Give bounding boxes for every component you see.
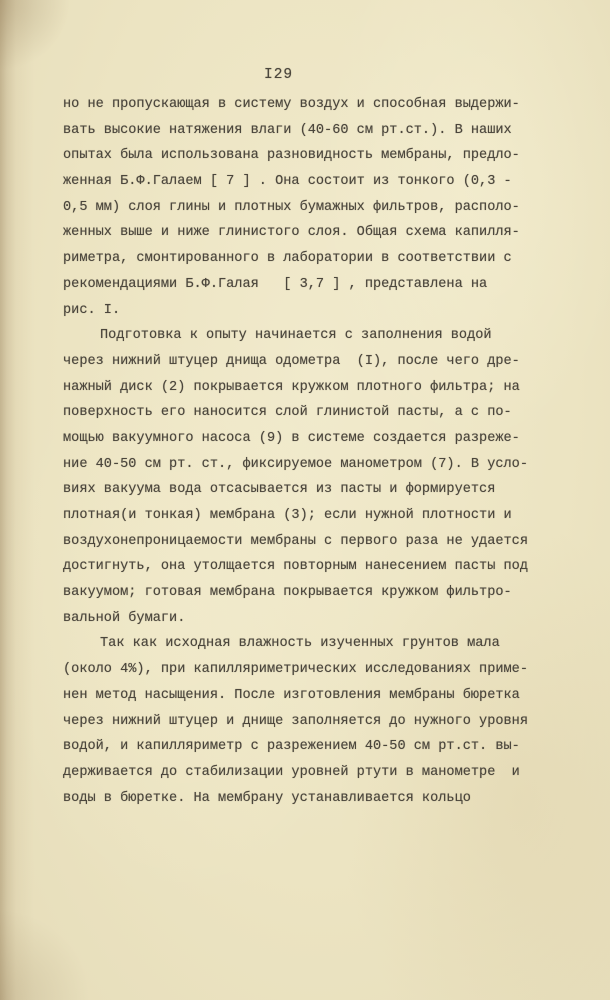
text-line: поверхность его наносится слой глинистой… (63, 400, 535, 426)
text-line: мощью вакуумного насоса (9) в системе со… (63, 426, 535, 452)
text-line: виях вакуума вода отсасывается из пасты … (63, 477, 535, 503)
text-line: плотная(и тонкая) мембрана (3); если нуж… (63, 503, 535, 529)
text-line: воздухонепроницаемости мембраны с первог… (63, 529, 535, 555)
text-line: ние 40-50 см рт. ст., фиксируемое маноме… (63, 452, 535, 478)
text-line: достигнуть, она утолщается повторным нан… (63, 554, 535, 580)
text-line: воды в бюретке. На мембрану устанавливае… (63, 786, 535, 812)
text-line: вакуумом; готовая мембрана покрывается к… (63, 580, 535, 606)
text-line: опытах была использована разновидность м… (63, 143, 535, 169)
scanned-page: I29 но не пропускающая в систему воздух … (0, 0, 610, 1000)
text-line: женная Б.Ф.Галаем [ 7 ] . Она состоит из… (63, 169, 535, 195)
text-line: нажный диск (2) покрывается кружком плот… (63, 375, 535, 401)
text-line: держивается до стабилизации уровней ртут… (63, 760, 535, 786)
text-line: вальной бумаги. (63, 606, 535, 632)
text-line: женных выше и ниже глинистого слоя. Обща… (63, 220, 535, 246)
text-line: рис. I. (63, 298, 535, 324)
text-line: 0,5 мм) слоя глины и плотных бумажных фи… (63, 195, 535, 221)
text-line-paragraph-start: Подготовка к опыту начинается с заполнен… (63, 323, 535, 349)
text-line: риметра, смонтированного в лаборатории в… (63, 246, 535, 272)
text-line: (около 4%), при капилляриметрических исс… (63, 657, 535, 683)
page-number: I29 (264, 67, 293, 83)
text-line: нен метод насыщения. После изготовления … (63, 683, 535, 709)
text-line: через нижний штуцер и днище заполняется … (63, 709, 535, 735)
text-line: но не пропускающая в систему воздух и сп… (63, 92, 535, 118)
body-text: но не пропускающая в систему воздух и сп… (63, 92, 535, 811)
text-line: рекомендациями Б.Ф.Галая [ 3,7 ] , предс… (63, 272, 535, 298)
text-line-paragraph-start: Так как исходная влажность изученных гру… (63, 631, 535, 657)
text-line: через нижний штуцер днища одометра (I), … (63, 349, 535, 375)
text-line: вать высокие натяжения влаги (40-60 см р… (63, 118, 535, 144)
text-line: водой, и капилляриметр с разрежением 40-… (63, 734, 535, 760)
